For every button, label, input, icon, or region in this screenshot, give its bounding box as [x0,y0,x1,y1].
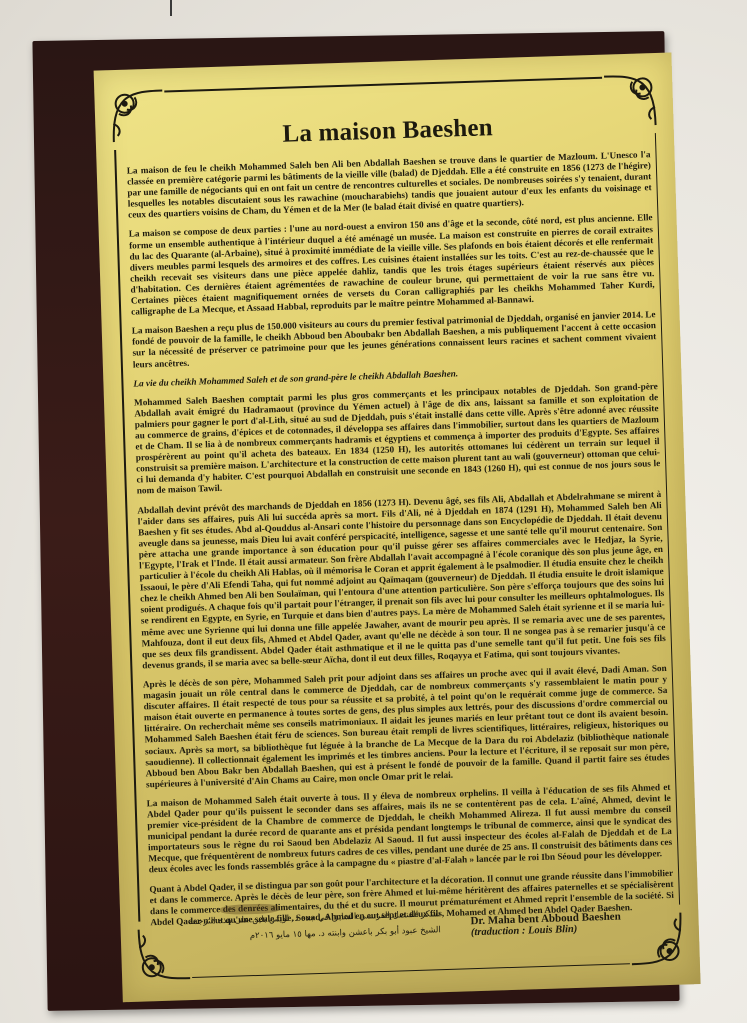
signature-block: Dr. Maha bent Abboud Baeshen (traduction… [470,911,621,939]
paragraph-architecture: La maison se compose de deux parties : l… [129,213,656,318]
paragraph-education: Abdallah devint prévôt des marchands de … [137,489,666,672]
paragraph-commerce: Après le décès de son père, Mohammed Sal… [143,663,670,790]
top-border-line [164,77,602,92]
arabic-acknowledgement: نشكر القنصل الفرنسي السابق في جدة د. لوي… [180,906,441,946]
wall-mark [170,0,172,16]
brass-plate: La maison Baeshen La maison de feu le ch… [94,53,701,1003]
paragraph-sons: La maison de Mohammed Saleh était ouvert… [146,782,672,876]
plaque-frame: La maison Baeshen La maison de feu le ch… [32,31,679,1011]
paragraph-intro: La maison de feu le cheikh Mohammed Sale… [127,149,652,221]
bottom-border-line [192,963,630,978]
paragraph-grandfather: Mohammed Saleh Baeshen comptait parmi le… [134,381,661,497]
plaque-content: La maison Baeshen La maison de feu le ch… [125,109,674,936]
paragraph-festival: La maison Baeshen a reçu plus de 150.000… [132,309,657,370]
plaque-title: La maison Baeshen [125,109,650,153]
